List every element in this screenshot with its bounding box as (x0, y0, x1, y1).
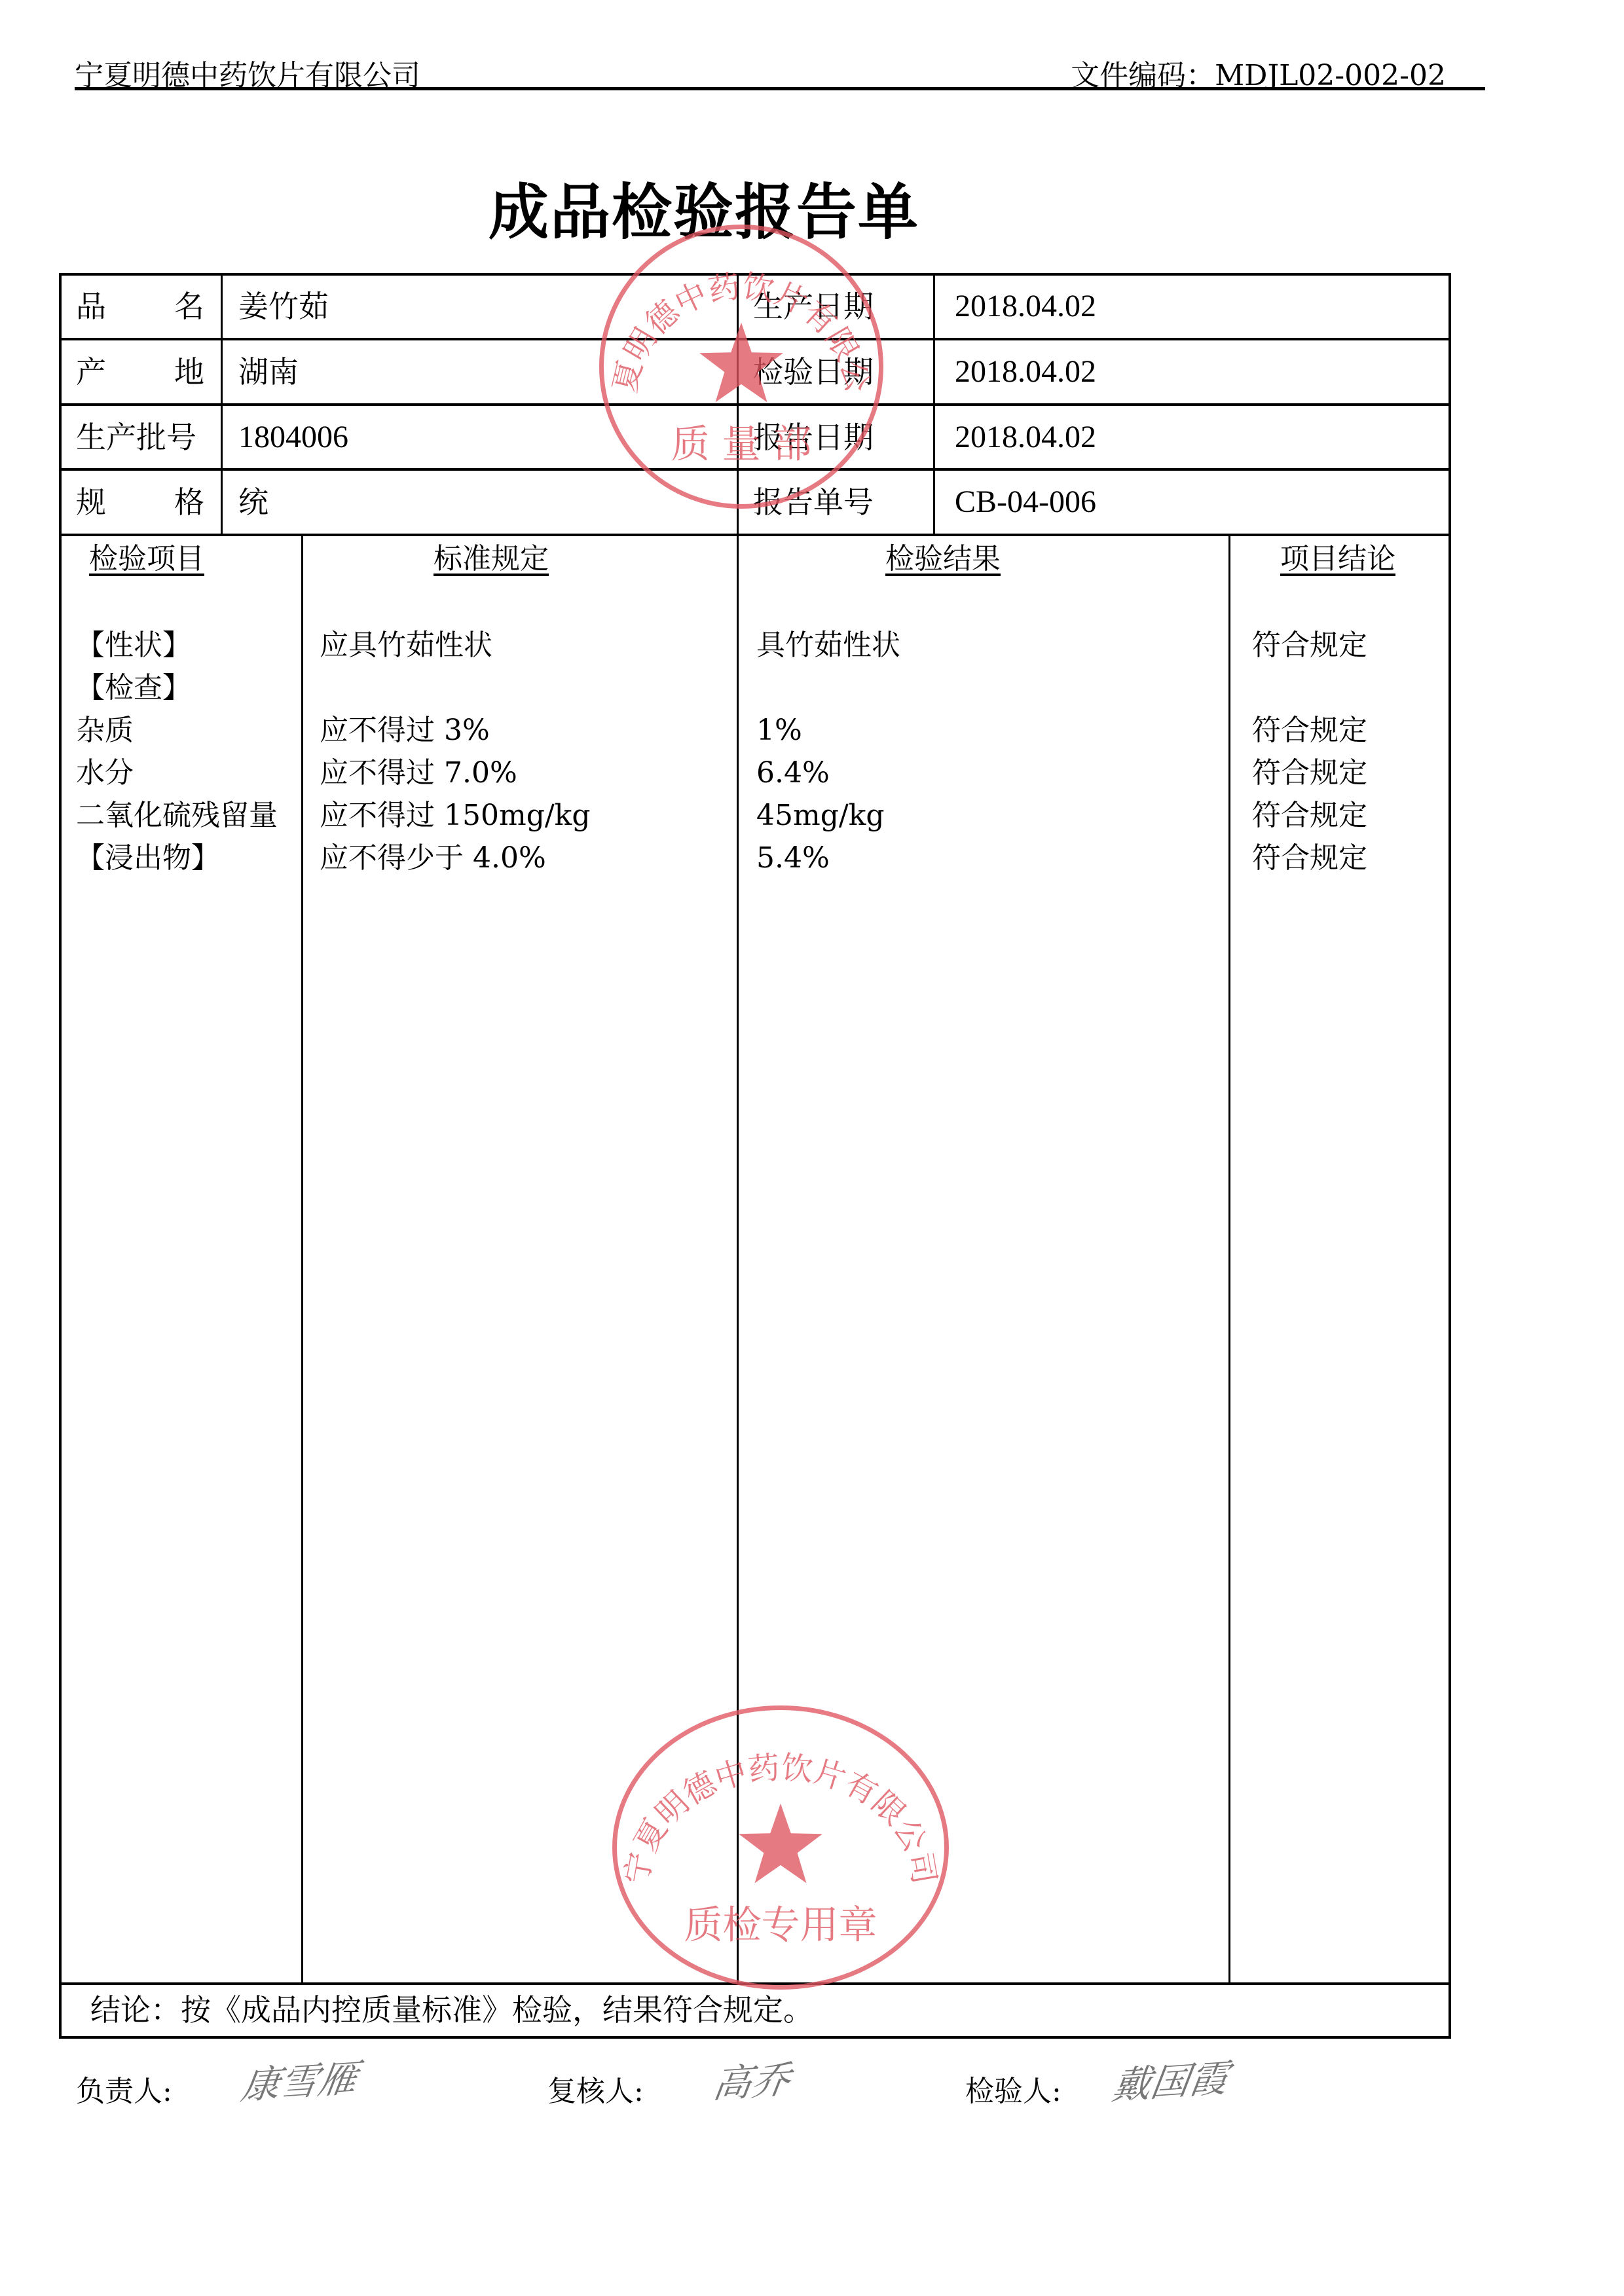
test-item: 二氧化硫残留量 (76, 797, 278, 834)
test-standard: 应不得过 150mg/kg (320, 797, 591, 834)
origin-label: 产地 (76, 352, 204, 392)
test-result: 6.4% (756, 755, 830, 792)
test-verdict: 符合规定 (1252, 755, 1367, 792)
table-left-border (59, 273, 62, 2039)
label-char: 产 (76, 352, 106, 392)
inspector-label: 检验人: (965, 2072, 1061, 2111)
page-header: 宁夏明德中药饮片有限公司 文件编码：MDJL02-002-02 (75, 0, 1485, 88)
document-code-label: 文件编码： (1071, 59, 1215, 88)
column-header-verdict: 项目结论 (1280, 541, 1395, 577)
test-verdict: 符合规定 (1252, 712, 1367, 749)
test-item: 【性状】 (76, 627, 191, 664)
test-verdict: 符合规定 (1252, 627, 1367, 664)
svg-text:质检专用章: 质检专用章 (684, 1903, 877, 1948)
col-divider (221, 273, 223, 535)
document-code-value: MDJL02-002-02 (1215, 59, 1446, 88)
row-divider (60, 534, 1450, 536)
seal-graphic: 宁夏明德中药饮片有限公司质检专用章 (617, 1710, 944, 1985)
inspection-date-value: 2018.04.02 (955, 352, 1096, 392)
test-verdict: 符合规定 (1252, 797, 1367, 834)
column-header-standard: 标准规定 (434, 541, 549, 577)
svg-text:质 量 部: 质 量 部 (671, 422, 812, 467)
specification-value: 统 (238, 483, 268, 522)
label-char: 规 (76, 483, 106, 522)
test-result: 5.4% (756, 840, 830, 877)
star-icon (699, 323, 783, 403)
inspector-signature: 戴国霞 (1109, 2055, 1231, 2109)
conclusion-text: 结论：按《成品内控质量标准》检验，结果符合规定。 (90, 1989, 813, 2031)
report-date-value: 2018.04.02 (955, 418, 1096, 457)
report-number-value: CB-04-006 (955, 483, 1096, 522)
label-char: 名 (174, 287, 204, 326)
table-right-border (1449, 273, 1451, 2039)
label-char: 地 (174, 352, 204, 392)
batch-number-label: 生产批号 (76, 418, 196, 457)
column-header-result: 检验结果 (885, 541, 1001, 577)
reviewer-signature: 高乔 (710, 2056, 793, 2107)
document-code: 文件编码：MDJL02-002-02 (1071, 60, 1446, 88)
quality-department-seal: 宁夏明德中药饮片有限公司质 量 部 (599, 225, 883, 509)
company-name: 宁夏明德中药饮片有限公司 (75, 60, 420, 88)
production-date-value: 2018.04.02 (955, 287, 1096, 326)
product-name-label: 品名 (76, 287, 204, 326)
column-header-item: 检验项目 (89, 541, 204, 577)
table-bottom-border (60, 2036, 1450, 2039)
responsible-label: 负责人: (76, 2072, 172, 2111)
test-item: 【浸出物】 (76, 840, 220, 877)
test-item: 水分 (76, 755, 134, 792)
seal-graphic: 宁夏明德中药饮片有限公司质 量 部 (604, 229, 879, 504)
reviewer-label: 复核人: (547, 2072, 644, 2111)
col-divider (301, 535, 303, 1984)
col-divider (933, 273, 935, 535)
test-result: 1% (756, 712, 802, 749)
label-char: 品 (76, 287, 106, 326)
test-standard: 应不得过 7.0% (320, 755, 517, 792)
test-standard: 应不得少于 4.0% (320, 840, 546, 877)
test-item: 杂质 (76, 712, 134, 749)
test-item: 【检查】 (76, 670, 191, 706)
star-icon (739, 1804, 822, 1884)
product-name-value: 姜竹茹 (238, 287, 329, 326)
batch-number-value: 1804006 (238, 418, 348, 457)
test-standard: 应不得过 3% (320, 712, 490, 749)
label-char: 格 (174, 483, 204, 522)
test-result: 45mg/kg (756, 797, 885, 834)
test-result: 具竹茹性状 (756, 627, 900, 664)
responsible-signature: 康雪雁 (238, 2055, 360, 2109)
quality-inspection-seal: 宁夏明德中药饮片有限公司质检专用章 (612, 1705, 949, 1990)
test-verdict: 符合规定 (1252, 840, 1367, 877)
col-divider (1228, 535, 1230, 1984)
origin-value: 湖南 (238, 352, 299, 392)
header-rule (75, 87, 1485, 90)
specification-label: 规格 (76, 483, 204, 522)
test-standard: 应具竹茹性状 (320, 627, 492, 664)
